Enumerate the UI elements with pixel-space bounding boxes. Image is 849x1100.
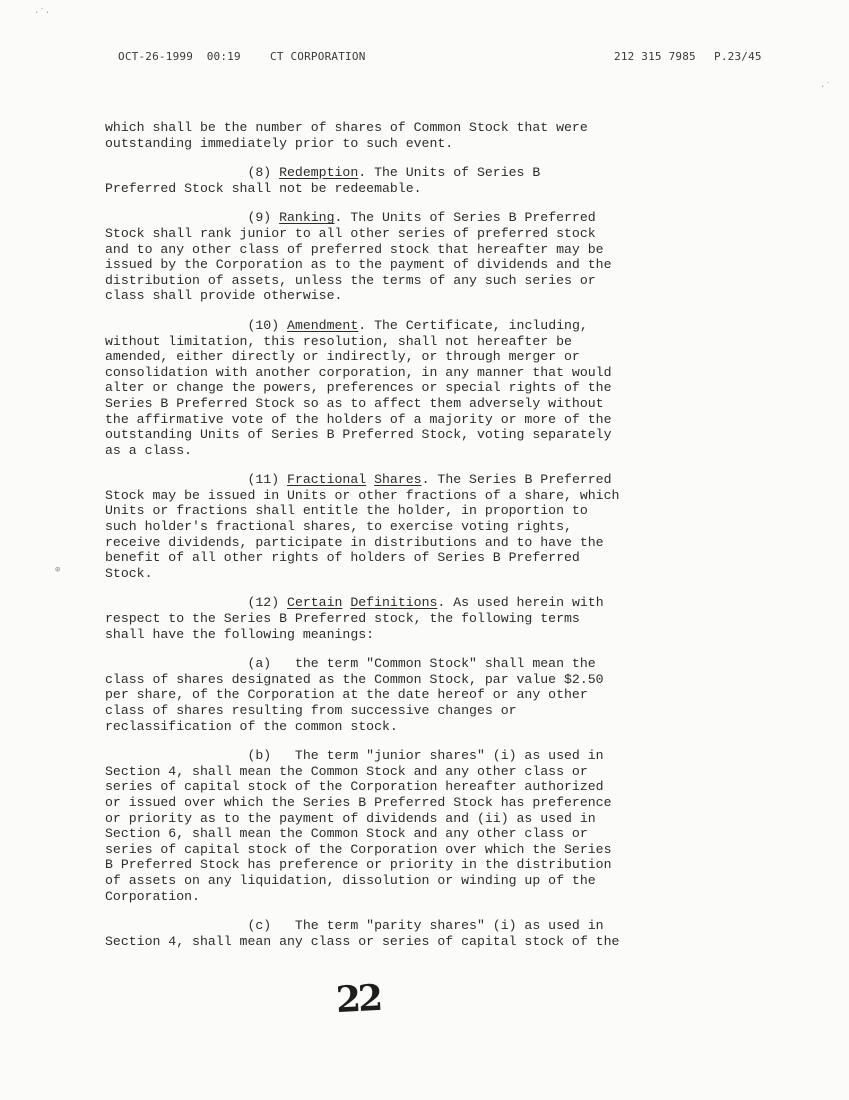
document-body: which shall be the number of shares of C…	[105, 120, 745, 963]
paragraph: (9) Ranking. The Units of Series B Prefe…	[105, 210, 745, 304]
paragraph: which shall be the number of shares of C…	[105, 120, 745, 151]
section-heading: Amendment	[287, 318, 358, 333]
handwritten-page-mark: 22	[335, 977, 381, 1021]
section-heading: Ranking	[279, 210, 334, 225]
scan-speck: ·˙	[820, 82, 831, 92]
fax-phone: 212 315 7985	[614, 50, 696, 63]
fax-header: OCT-26-1999 00:19 CT CORPORATION 212 315…	[118, 50, 783, 66]
section-heading: Certain	[287, 595, 342, 610]
scan-speck: ·˙·	[34, 8, 50, 18]
scan-speck: ⊕	[55, 565, 60, 575]
fax-page-number: P.23/45	[714, 50, 762, 63]
section-heading: Definitions	[350, 595, 437, 610]
paragraph: (c) The term "parity shares" (i) as used…	[105, 918, 745, 949]
paragraph: (b) The term "junior shares" (i) as used…	[105, 748, 745, 904]
paragraph: (10) Amendment. The Certificate, includi…	[105, 318, 745, 458]
paragraph: (a) the term "Common Stock" shall mean t…	[105, 656, 745, 734]
paragraph: (8) Redemption. The Units of Series B Pr…	[105, 165, 745, 196]
fax-datetime: OCT-26-1999 00:19	[118, 50, 241, 63]
fax-sender: CT CORPORATION	[270, 50, 366, 63]
paragraph: (12) Certain Definitions. As used herein…	[105, 595, 745, 642]
section-heading: Shares	[374, 472, 421, 487]
section-heading: Redemption	[279, 165, 358, 180]
paragraph: (11) Fractional Shares. The Series B Pre…	[105, 472, 745, 581]
section-heading: Fractional	[287, 472, 366, 487]
